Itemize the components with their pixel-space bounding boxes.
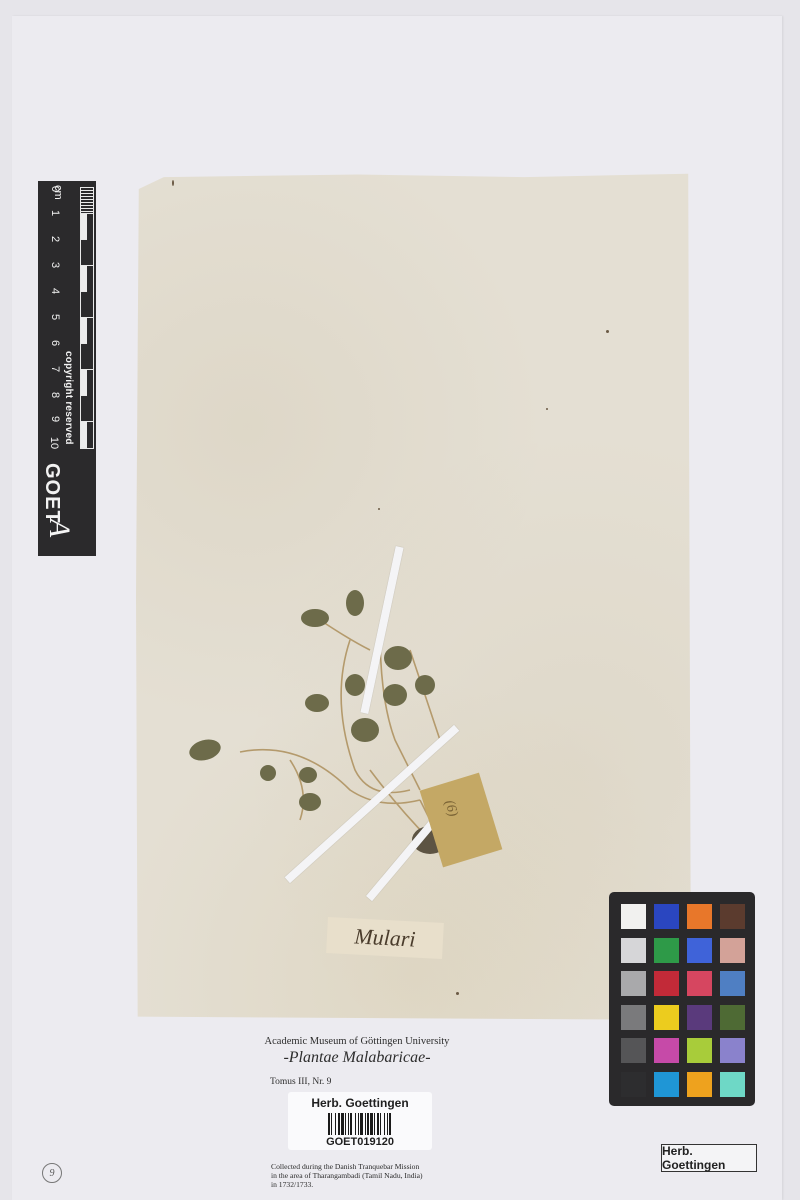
collection-note-line: in 1732/1733. [271, 1180, 511, 1189]
ruler-tick: 2 [49, 236, 61, 242]
ruler-segment [81, 292, 93, 318]
volume-number: Tomus III, Nr. 9 [270, 1077, 331, 1087]
ruler-tick: 1 [49, 210, 61, 216]
collection-note: Collected during the Danish Tranquebar M… [271, 1162, 511, 1189]
color-swatch [720, 971, 745, 996]
ruler-tick: 8 [49, 392, 61, 398]
ruler-tick: 6 [49, 340, 61, 346]
signature-logo-icon: A [42, 519, 76, 537]
collection-note-line: in the area of Tharangambadi (Tamil Nadu… [271, 1171, 511, 1180]
barcode-id: GOET019120 [288, 1136, 432, 1148]
ruler-tick: 0 [49, 186, 61, 192]
institution-name: Academic Museum of Göttingen University [262, 1036, 452, 1047]
barcode-header: Herb. Goettingen [288, 1096, 432, 1110]
color-swatch [687, 971, 712, 996]
ruler-segment [81, 188, 93, 214]
color-calibration-card [609, 892, 755, 1106]
paper-speck [456, 992, 459, 995]
ruler-tick: 7 [49, 366, 61, 372]
ruler-segment [81, 214, 87, 240]
ruler-segment [81, 318, 87, 344]
color-swatch [654, 1005, 679, 1030]
ruler-segment [81, 240, 93, 266]
specimen-name: Mulari [354, 923, 416, 952]
color-swatch [720, 1072, 745, 1097]
collection-note-line: Collected during the Danish Tranquebar M… [271, 1162, 511, 1171]
collection-name: -Plantae Malabaricae- [262, 1049, 452, 1067]
color-swatch [621, 904, 646, 929]
ruler-graduation [80, 187, 94, 449]
ruler-tick: 5 [49, 314, 61, 320]
ruler-tick: 4 [49, 288, 61, 294]
ruler-segment [81, 370, 87, 396]
circled-number-text: 9 [50, 1168, 55, 1179]
color-swatch [687, 1005, 712, 1030]
paper-speck [546, 408, 548, 410]
paper-speck [606, 330, 609, 333]
color-swatch [654, 938, 679, 963]
ruler-tick: 3 [49, 262, 61, 268]
color-swatch [654, 1072, 679, 1097]
color-swatch [621, 1038, 646, 1063]
color-swatch [720, 904, 745, 929]
color-swatch [654, 971, 679, 996]
specimen-name-slip: Mulari [326, 917, 444, 959]
circled-number: 9 [42, 1163, 62, 1183]
herbarium-stamp: Herb. Goettingen [661, 1144, 757, 1172]
museum-label: Academic Museum of Göttingen University … [262, 1030, 452, 1067]
paper-speck [378, 508, 380, 510]
color-swatch [621, 938, 646, 963]
ruler-segment [81, 344, 93, 370]
color-swatch [720, 938, 745, 963]
ruler-segment [81, 422, 87, 448]
goet-logo: GOET [40, 463, 63, 524]
color-swatch [621, 1005, 646, 1030]
color-swatch [621, 1072, 646, 1097]
color-swatch [687, 1038, 712, 1063]
ruler-segment [81, 396, 93, 422]
scale-ruler: cm 0 1 2 3 4 5 6 7 8 9 10 copyright rese… [38, 181, 96, 556]
color-swatch [687, 938, 712, 963]
color-swatch [720, 1038, 745, 1063]
ruler-copyright: copyright reserved [63, 351, 74, 445]
tag-text: (6) [440, 798, 460, 818]
color-swatch [687, 1072, 712, 1097]
ruler-segment [81, 266, 87, 292]
color-swatch [687, 904, 712, 929]
ruler-tick: 10 [48, 437, 60, 449]
color-swatch [654, 904, 679, 929]
color-swatch [654, 1038, 679, 1063]
color-swatch [621, 971, 646, 996]
herbarium-stamp-text: Herb. Goettingen [662, 1144, 756, 1172]
barcode-icon [304, 1113, 416, 1135]
color-swatch [720, 1005, 745, 1030]
paper-speck [172, 180, 174, 186]
ruler-tick: 9 [49, 416, 61, 422]
barcode-label: Herb. Goettingen GOET019120 [288, 1092, 432, 1150]
